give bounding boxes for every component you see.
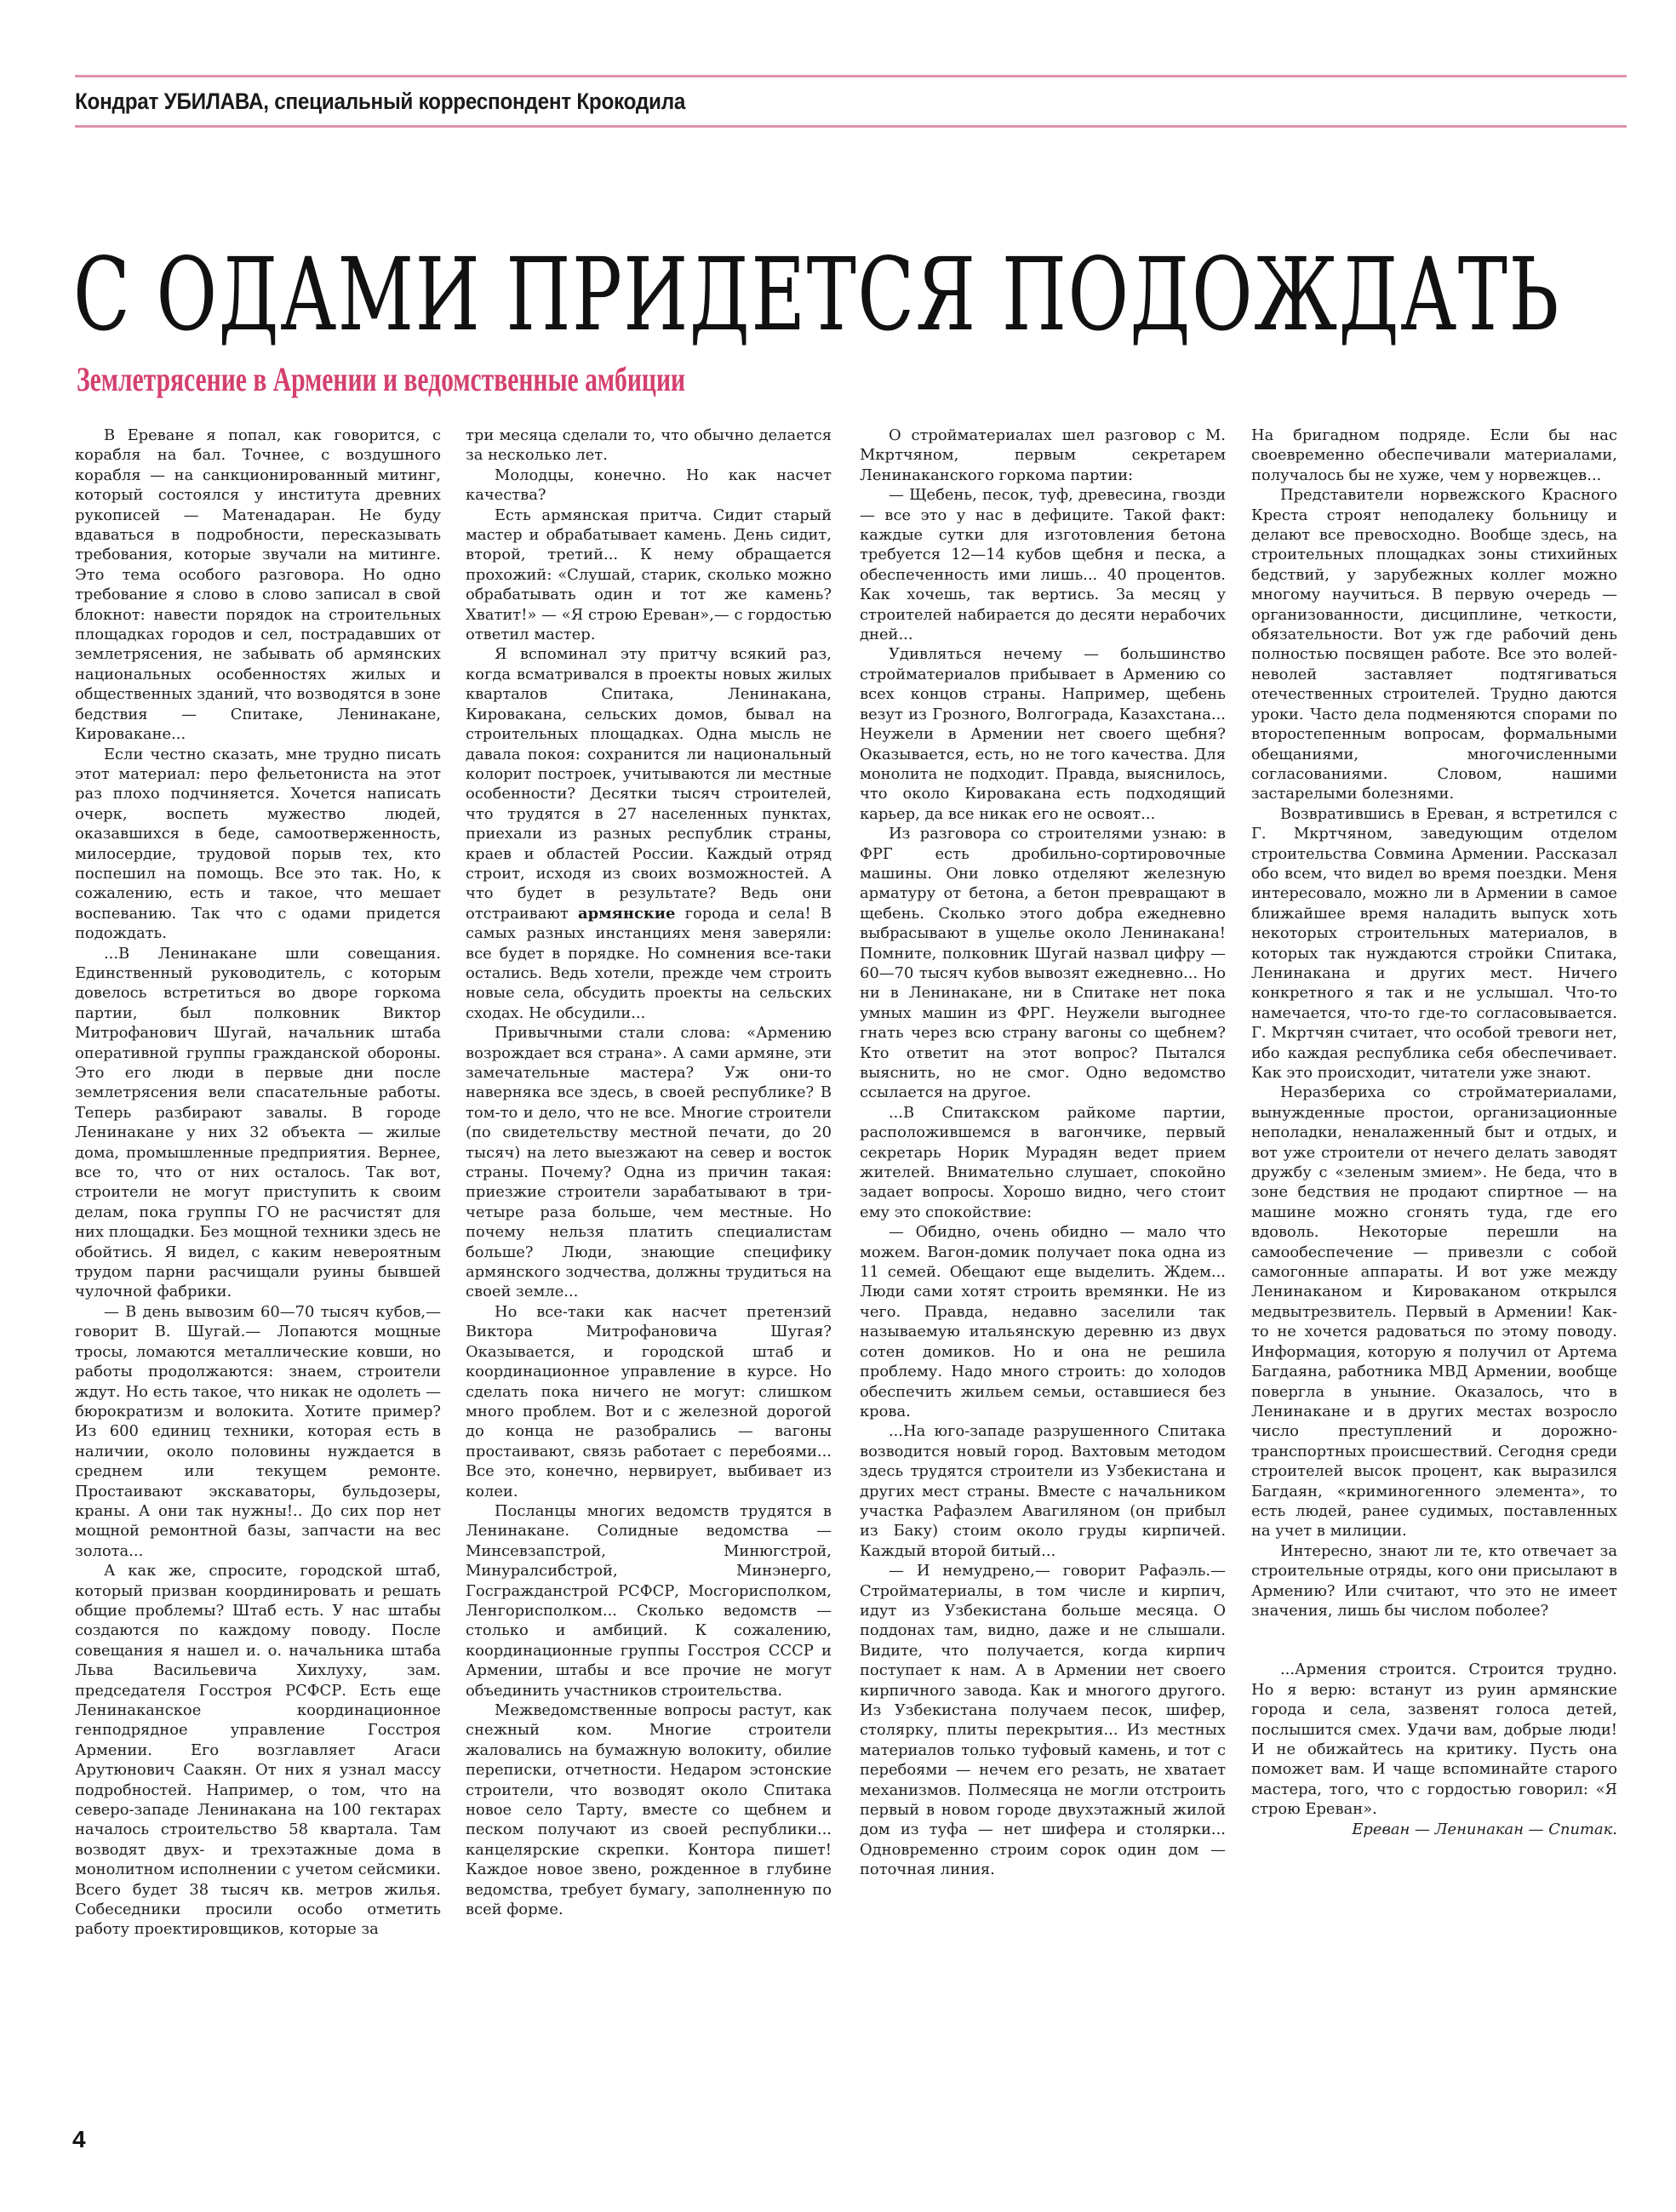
paragraph: — Щебень, песок, туф, древесина, гвозди … bbox=[860, 485, 1226, 644]
emphasis: армянские bbox=[578, 905, 675, 923]
paragraph: В Ереване я попал, как говорится, с кора… bbox=[75, 426, 441, 745]
bottom-rule bbox=[75, 125, 1627, 128]
paragraph: Межведомственные вопросы растут, как сне… bbox=[466, 1700, 832, 1919]
paragraph: На бригадном подряде. Если бы нас своевр… bbox=[1251, 426, 1617, 485]
byline: Кондрат УБИЛАВА, специальный корреспонде… bbox=[75, 77, 1472, 125]
article-title: С ОДАМИ ПРИДЕТСЯ ПОДОЖДАТЬ bbox=[73, 244, 1560, 345]
dateline: Ереван — Ленинакан — Спитак. bbox=[1251, 1820, 1617, 1839]
paragraph: ...В Ленинакане шли совещания. Единствен… bbox=[75, 944, 441, 1302]
paragraph: Привычными стали слова: «Армению возрожд… bbox=[466, 1023, 832, 1302]
paragraph: Неразбериха со стройматериалами, вынужде… bbox=[1251, 1083, 1617, 1540]
column-3: О стройматериалах шел разговор с М. Мкрт… bbox=[860, 426, 1226, 1880]
paragraph: — В день вывозим 60—70 тысяч кубов,— гов… bbox=[75, 1302, 441, 1561]
paragraph: ...В Спитакском райкоме партии, располож… bbox=[860, 1103, 1226, 1222]
paragraph: О стройматериалах шел разговор с М. Мкрт… bbox=[860, 426, 1226, 485]
paragraph: Если честно сказать, мне трудно писать э… bbox=[75, 745, 441, 944]
paragraph: Посланцы многих ведомств трудятся в Лени… bbox=[466, 1501, 832, 1700]
paragraph: — Обидно, очень обидно — мало что можем.… bbox=[860, 1222, 1226, 1421]
paragraph-text: Я вспоминал эту притчу всякий раз, когда… bbox=[466, 645, 832, 922]
paragraph: Но все-таки как насчет претензий Виктора… bbox=[466, 1302, 832, 1501]
paragraph: — И немудрено,— говорит Рафаэль.— Стройм… bbox=[860, 1561, 1226, 1880]
page-number: 4 bbox=[72, 2126, 86, 2153]
paragraph: Молодцы, конечно. Но как насчет качества… bbox=[466, 466, 832, 506]
article-subtitle: Землетрясение в Армении и ведомственные … bbox=[77, 363, 685, 397]
column-1: В Ереване я попал, как говорится, с кора… bbox=[75, 426, 441, 1940]
paragraph: Удивляться нечему — большинство строймат… bbox=[860, 644, 1226, 824]
closing-paragraph: ...Армения строится. Строится трудно. Но… bbox=[1251, 1660, 1617, 1819]
paragraph: Возвратившись в Ереван, я встретился с Г… bbox=[1251, 804, 1617, 1083]
paragraph: Из разговора со строителями узнаю: в ФРГ… bbox=[860, 824, 1226, 1103]
paragraph: три месяца сделали то, что обычно делает… bbox=[466, 426, 832, 466]
paragraph-with-emphasis: Я вспоминал эту притчу всякий раз, когда… bbox=[466, 644, 832, 1023]
paragraph: Представители норвежского Красного Крест… bbox=[1251, 485, 1617, 804]
paragraph: А как же, спросите, городской штаб, кото… bbox=[75, 1561, 441, 1940]
column-2: три месяца сделали то, что обычно делает… bbox=[466, 426, 832, 1919]
paragraph: ...На юго-западе разрушенного Спитака во… bbox=[860, 1421, 1226, 1561]
paragraph: Интересно, знают ли те, кто отвечает за … bbox=[1251, 1541, 1617, 1621]
column-4: На бригадном подряде. Если бы нас своевр… bbox=[1251, 426, 1617, 1839]
paragraph: Есть армянская притча. Сидит старый маст… bbox=[466, 506, 832, 645]
byline-block: Кондрат УБИЛАВА, специальный корреспонде… bbox=[75, 75, 1627, 128]
